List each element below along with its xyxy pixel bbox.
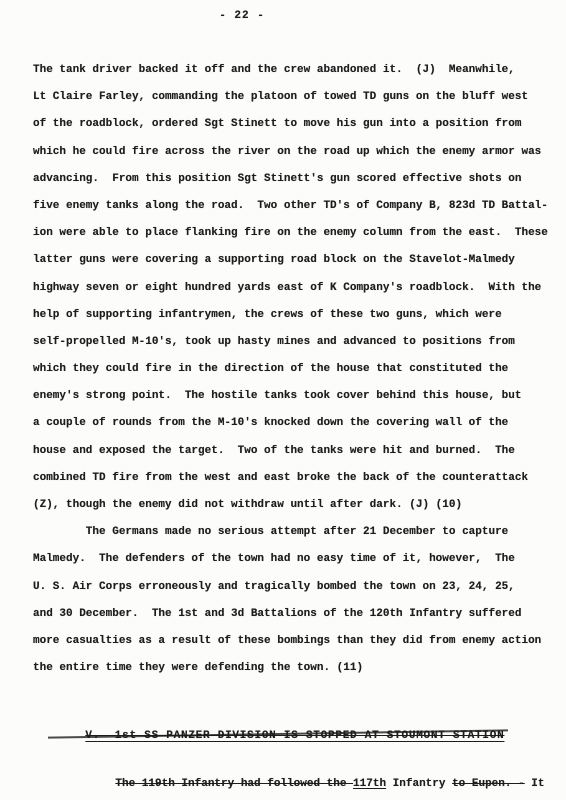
text-line: a couple of rounds from the M-10's knock… [33, 410, 548, 437]
text-line: (Z), though the enemy did not withdraw u… [33, 492, 548, 519]
last-paragraph-line: The 119th Infantry had followed the 117t… [89, 766, 545, 800]
body-text: The tank driver backed it off and the cr… [33, 57, 548, 682]
text-line: enemy's strong point. The hostile tanks … [33, 383, 548, 410]
text-line: of the roadblock, ordered Sgt Stinett to… [33, 111, 548, 138]
text-line: The tank driver backed it off and the cr… [33, 57, 548, 84]
plain-text-segment: Infantry [386, 778, 452, 790]
struck-text-segment: to Eupen. - [452, 778, 525, 790]
text-line: which they could fire in the direction o… [33, 356, 548, 383]
text-line: advancing. From this position Sgt Stinet… [33, 166, 548, 193]
text-line: house and exposed the target. Two of the… [33, 438, 548, 465]
text-line: five enemy tanks along the road. Two oth… [33, 193, 548, 220]
plain-text-segment: It [525, 778, 545, 790]
text-line: which he could fire across the river on … [33, 139, 548, 166]
text-line: ion were able to place flanking fire on … [33, 220, 548, 247]
section-heading-struck: V. 1st SS PANZER DIVISION IS STOPPED AT … [56, 718, 504, 754]
text-line: combined TD fire from the west and east … [33, 465, 548, 492]
underlined-text-segment: 117th [353, 778, 386, 790]
text-line: help of supporting infantrymen, the crew… [33, 302, 548, 329]
text-line: more casualties as a result of these bom… [33, 628, 548, 655]
text-line: and 30 December. The 1st and 3d Battalio… [33, 601, 548, 628]
struck-text-segment: The 119th Infantry had followed the [115, 778, 353, 790]
text-line: U. S. Air Corps erroneously and tragical… [33, 574, 548, 601]
document-page: - 22 - The tank driver backed it off and… [0, 0, 566, 800]
text-line: highway seven or eight hundred yards eas… [33, 275, 548, 302]
text-line: self-propelled M-10's, took up hasty min… [33, 329, 548, 356]
text-line: the entire time they were defending the … [33, 655, 548, 682]
page-number: - 22 - [0, 10, 484, 22]
text-line: latter guns were covering a supporting r… [33, 247, 548, 274]
text-line: The Germans made no serious attempt afte… [33, 519, 548, 546]
text-line: Lt Claire Farley, commanding the platoon… [33, 84, 548, 111]
section-heading-text: V. 1st SS PANZER DIVISION IS STOPPED AT … [85, 730, 504, 742]
text-line: Malmedy. The defenders of the town had n… [33, 546, 548, 573]
